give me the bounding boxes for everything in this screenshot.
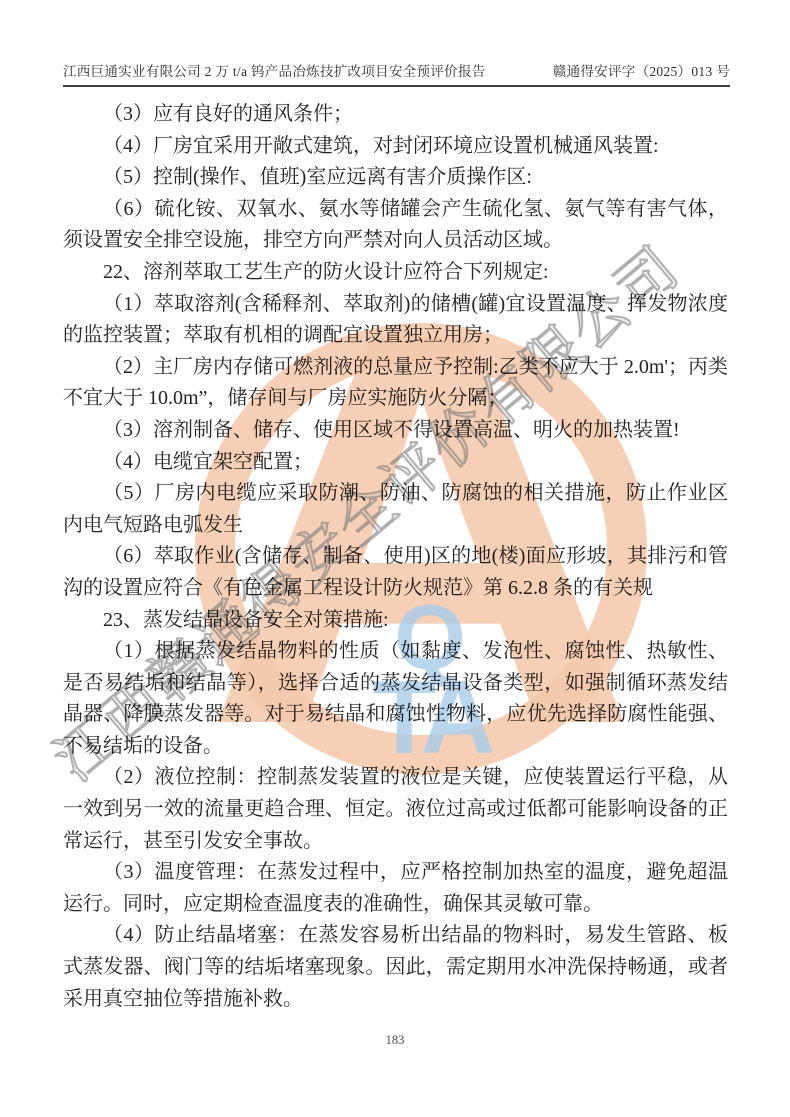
paragraph: （1）根据蒸发结晶物料的性质（如黏度、发泡性、腐蚀性、热敏性、是否易结垢和结晶等… <box>63 636 728 762</box>
document-body: （3）应有良好的通风条件； （4）厂房宜采用开敞式建筑，对封闭环境应设置机械通风… <box>63 99 728 1015</box>
paragraph: （2）主厂房内存储可燃剂液的总量应予控制:乙类不应大于 2.0m'；丙类不宜大于… <box>63 352 728 415</box>
paragraph: （3）应有良好的通风条件； <box>63 99 728 131</box>
paragraph: （6）硫化铵、双氧水、氨水等储罐会产生硫化氢、氨气等有害气体，须设置安全排空设施… <box>63 194 728 257</box>
paragraph: 22、溶剂萃取工艺生产的防火设计应符合下列规定: <box>63 257 728 289</box>
page-header: 江西巨通实业有限公司 2 万 t/a 钨产品冶炼技扩改项目安全预评价报告 赣通得… <box>63 60 730 80</box>
page-number: 183 <box>0 1033 790 1048</box>
paragraph: （5）厂房内电缆应采取防潮、防油、防腐蚀的相关措施，防止作业区内电气短路电弧发生 <box>63 478 728 541</box>
paragraph: （4）电缆宜架空配置； <box>63 447 728 479</box>
header-report-title: 江西巨通实业有限公司 2 万 t/a 钨产品冶炼技扩改项目安全预评价报告 <box>63 60 486 80</box>
paragraph: （5）控制(操作、值班)室应远离有害介质操作区: <box>63 162 728 194</box>
header-rule <box>63 85 730 87</box>
paragraph: （4）厂房宜采用开敞式建筑，对封闭环境应设置机械通风装置: <box>63 131 728 163</box>
header-document-number: 赣通得安评字（2025）013 号 <box>553 60 730 80</box>
paragraph: （2）液位控制：控制蒸发装置的液位是关键，应使装置运行平稳，从一效到另一效的流量… <box>63 762 728 857</box>
paragraph: （6）萃取作业(含储存、制备、使用)区的地(楼)面应形坡，其排污和管沟的设置应符… <box>63 541 728 604</box>
paragraph: 23、蒸发结晶设备安全对策措施: <box>63 605 728 637</box>
document-page: 江西巨通实业有限公司 2 万 t/a 钨产品冶炼技扩改项目安全预评价报告 赣通得… <box>0 0 790 1117</box>
paragraph: （3）温度管理：在蒸发过程中，应严格控制加热室的温度，避免超温运行。同时，应定期… <box>63 857 728 920</box>
paragraph: （4）防止结晶堵塞：在蒸发容易析出结晶的物料时，易发生管路、板式蒸发器、阀门等的… <box>63 920 728 1015</box>
paragraph: （3）溶剂制备、储存、使用区域不得设置高温、明火的加热装置! <box>63 415 728 447</box>
paragraph: （1）萃取溶剂(含稀释剂、萃取剂)的储槽(罐)宜设置温度、挥发物浓度的监控装置；… <box>63 289 728 352</box>
